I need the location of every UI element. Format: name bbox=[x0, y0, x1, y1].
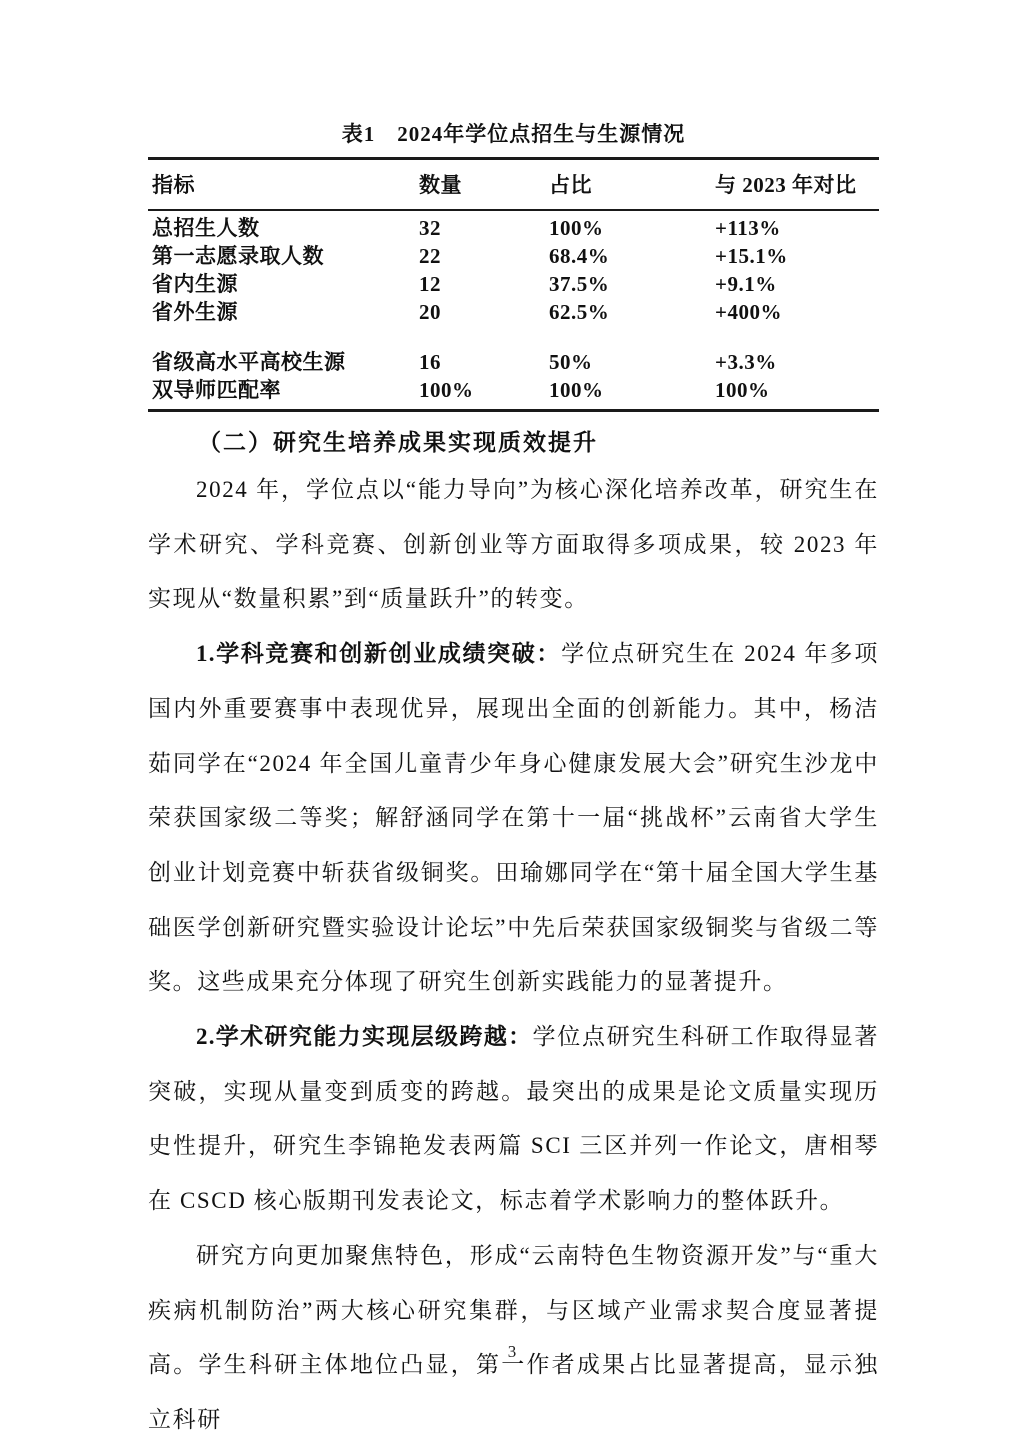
table-cell: 省内生源 bbox=[148, 271, 415, 299]
table-row: 省级高水平高校生源1650%+3.3% bbox=[148, 327, 879, 377]
table-cell: 22 bbox=[415, 243, 545, 271]
table-cell: 32 bbox=[415, 210, 545, 243]
admissions-table: 指标 数量 占比 与 2023 年对比 总招生人数32100%+113%第一志愿… bbox=[148, 157, 879, 412]
paragraph-lead: 1.学科竞赛和创新创业成绩突破： bbox=[196, 641, 561, 666]
table-caption: 表1 2024年学位点招生与生源情况 bbox=[148, 116, 879, 157]
table-cell: 双导师匹配率 bbox=[148, 377, 415, 411]
table-cell: 省外生源 bbox=[148, 299, 415, 327]
table-cell: 20 bbox=[415, 299, 545, 327]
document-page: 表1 2024年学位点招生与生源情况 指标 数量 占比 与 2023 年对比 总… bbox=[0, 0, 1024, 1448]
paragraph-text: 学位点研究生科研工作取得显著突破，实现从量变到质变的跨越。最突出的成果是论文质量… bbox=[148, 1024, 879, 1213]
paragraph: 1.学科竞赛和创新创业成绩突破：学位点研究生在 2024 年多项国内外重要赛事中… bbox=[148, 627, 879, 1010]
table-row: 双导师匹配率100%100%100% bbox=[148, 377, 879, 411]
column-header-indicator: 指标 bbox=[148, 159, 415, 211]
table-cell: 62.5% bbox=[545, 299, 711, 327]
page-number: 3 bbox=[0, 1342, 1024, 1362]
table-row: 第一志愿录取人数2268.4%+15.1% bbox=[148, 243, 879, 271]
table-cell: +113% bbox=[711, 210, 879, 243]
table-cell: +400% bbox=[711, 299, 879, 327]
table-cell: +3.3% bbox=[711, 327, 879, 377]
paragraph: 研究方向更加聚焦特色，形成“云南特色生物资源开发”与“重大疾病机制防治”两大核心… bbox=[148, 1229, 879, 1448]
table-cell: 37.5% bbox=[545, 271, 711, 299]
section-heading: （二）研究生培养成果实现质效提升 bbox=[148, 423, 879, 463]
table-cell: 100% bbox=[545, 210, 711, 243]
table-cell: 100% bbox=[711, 377, 879, 411]
table-cell: 100% bbox=[545, 377, 711, 411]
table-cell: 16 bbox=[415, 327, 545, 377]
table-cell: 100% bbox=[415, 377, 545, 411]
paragraph: 2.学术研究能力实现层级跨越：学位点研究生科研工作取得显著突破，实现从量变到质变… bbox=[148, 1010, 879, 1229]
column-header-vs-2023: 与 2023 年对比 bbox=[711, 159, 879, 211]
table-row: 总招生人数32100%+113% bbox=[148, 210, 879, 243]
column-header-quantity: 数量 bbox=[415, 159, 545, 211]
paragraph-lead: 2.学术研究能力实现层级跨越： bbox=[196, 1024, 533, 1049]
column-header-proportion: 占比 bbox=[545, 159, 711, 211]
table-cell: 50% bbox=[545, 327, 711, 377]
table-body: 总招生人数32100%+113%第一志愿录取人数2268.4%+15.1%省内生… bbox=[148, 210, 879, 411]
table-cell: 总招生人数 bbox=[148, 210, 415, 243]
table-cell: 68.4% bbox=[545, 243, 711, 271]
table-header-row: 指标 数量 占比 与 2023 年对比 bbox=[148, 159, 879, 211]
table-cell: +15.1% bbox=[711, 243, 879, 271]
table-cell: +9.1% bbox=[711, 271, 879, 299]
paragraph-text: 研究方向更加聚焦特色，形成“云南特色生物资源开发”与“重大疾病机制防治”两大核心… bbox=[148, 1243, 879, 1432]
table-cell: 第一志愿录取人数 bbox=[148, 243, 415, 271]
table-row: 省内生源1237.5%+9.1% bbox=[148, 271, 879, 299]
table-cell: 12 bbox=[415, 271, 545, 299]
table-row: 省外生源2062.5%+400% bbox=[148, 299, 879, 327]
paragraph-text: 学位点研究生在 2024 年多项国内外重要赛事中表现优异，展现出全面的创新能力。… bbox=[148, 641, 879, 994]
table-cell: 省级高水平高校生源 bbox=[148, 327, 415, 377]
paragraph-text: 2024 年，学位点以“能力导向”为核心深化培养改革，研究生在学术研究、学科竞赛… bbox=[148, 477, 879, 611]
paragraph: 2024 年，学位点以“能力导向”为核心深化培养改革，研究生在学术研究、学科竞赛… bbox=[148, 463, 879, 627]
page-content: 表1 2024年学位点招生与生源情况 指标 数量 占比 与 2023 年对比 总… bbox=[148, 116, 879, 1448]
